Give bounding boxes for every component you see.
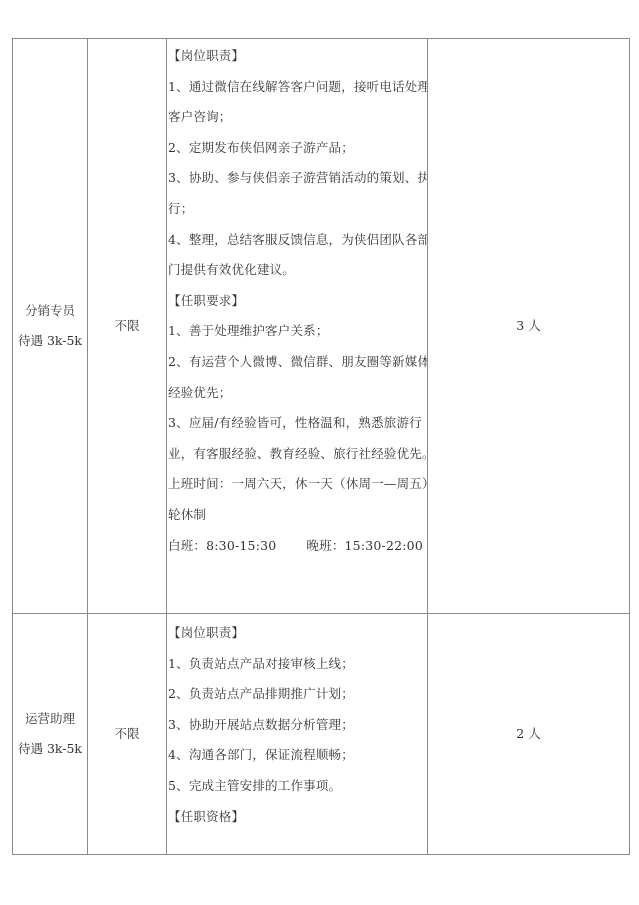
description-line: 1、通过微信在线解答客户问题，接听电话处理 (168, 72, 427, 103)
section-heading: 【任职资格】 (168, 802, 427, 833)
description-line: 2、有运营个人微博、微信群、朋友圈等新媒体 (168, 347, 427, 378)
section-heading: 【任职要求】 (168, 286, 427, 317)
position-title: 分销专员 (13, 296, 87, 326)
description-line: 客户咨询； (168, 102, 427, 133)
requirement-text: 不限 (88, 311, 166, 341)
description-line: 4、整理，总结客服反馈信息，为侠侣团队各部 (168, 225, 427, 256)
description-line: 门提供有效优化建议。 (168, 255, 427, 286)
position-cell: 运营助理 待遇 3k-5k (13, 614, 88, 855)
day-shift-text: 白班：8:30-15:30 (168, 538, 276, 553)
description-line: 1、负责站点产品对接审核上线； (168, 649, 427, 680)
description-line: 1、善于处理维护客户关系； (168, 316, 427, 347)
night-shift-text: 晚班：15:30-22:00 (306, 538, 423, 553)
description-line: 2、负责站点产品排期推广计划； (168, 679, 427, 710)
position-title: 运营助理 (13, 704, 87, 734)
headcount-cell: 2 人 (428, 614, 630, 855)
work-hours-line: 上班时间：一周六天，休一天（休周一—周五） (168, 469, 427, 500)
position-cell: 分销专员 待遇 3k-5k (13, 39, 88, 614)
description-line: 4、沟通各部门，保证流程顺畅； (168, 740, 427, 771)
requirement-cell: 不限 (88, 39, 167, 614)
requirement-text: 不限 (88, 719, 166, 749)
work-hours-line: 轮休制 (168, 500, 427, 531)
description-line: 3、协助、参与侠侣亲子游营销活动的策划、执 (168, 163, 427, 194)
description-line: 3、应届/有经验皆可，性格温和，熟悉旅游行 (168, 408, 427, 439)
headcount-text: 3 人 (428, 311, 629, 341)
table-row: 运营助理 待遇 3k-5k 不限 【岗位职责】 1、负责站点产品对接审核上线； … (13, 614, 630, 855)
description-cell: 【岗位职责】 1、通过微信在线解答客户问题，接听电话处理 客户咨询； 2、定期发… (167, 39, 428, 614)
document-page: 分销专员 待遇 3k-5k 不限 【岗位职责】 1、通过微信在线解答客户问题，接… (0, 0, 639, 905)
section-heading: 【岗位职责】 (168, 41, 427, 72)
description-line: 业，有客服经验、教育经验、旅行社经验优先。 (168, 439, 427, 470)
description-line: 2、定期发布侠侣网亲子游产品； (168, 133, 427, 164)
description-line: 5、完成主管安排的工作事项。 (168, 771, 427, 802)
headcount-cell: 3 人 (428, 39, 630, 614)
description-line: 3、协助开展站点数据分析管理； (168, 710, 427, 741)
shift-times-line: 白班：8:30-15:30晚班：15:30-22:00 (168, 531, 427, 562)
salary-text: 待遇 3k-5k (13, 326, 87, 356)
salary-text: 待遇 3k-5k (13, 734, 87, 764)
section-heading: 【岗位职责】 (168, 618, 427, 649)
requirement-cell: 不限 (88, 614, 167, 855)
job-listing-table: 分销专员 待遇 3k-5k 不限 【岗位职责】 1、通过微信在线解答客户问题，接… (12, 38, 630, 855)
description-line: 行； (168, 194, 427, 225)
table-row: 分销专员 待遇 3k-5k 不限 【岗位职责】 1、通过微信在线解答客户问题，接… (13, 39, 630, 614)
headcount-text: 2 人 (428, 719, 629, 749)
description-cell: 【岗位职责】 1、负责站点产品对接审核上线； 2、负责站点产品排期推广计划； 3… (167, 614, 428, 855)
description-line: 经验优先； (168, 378, 427, 409)
